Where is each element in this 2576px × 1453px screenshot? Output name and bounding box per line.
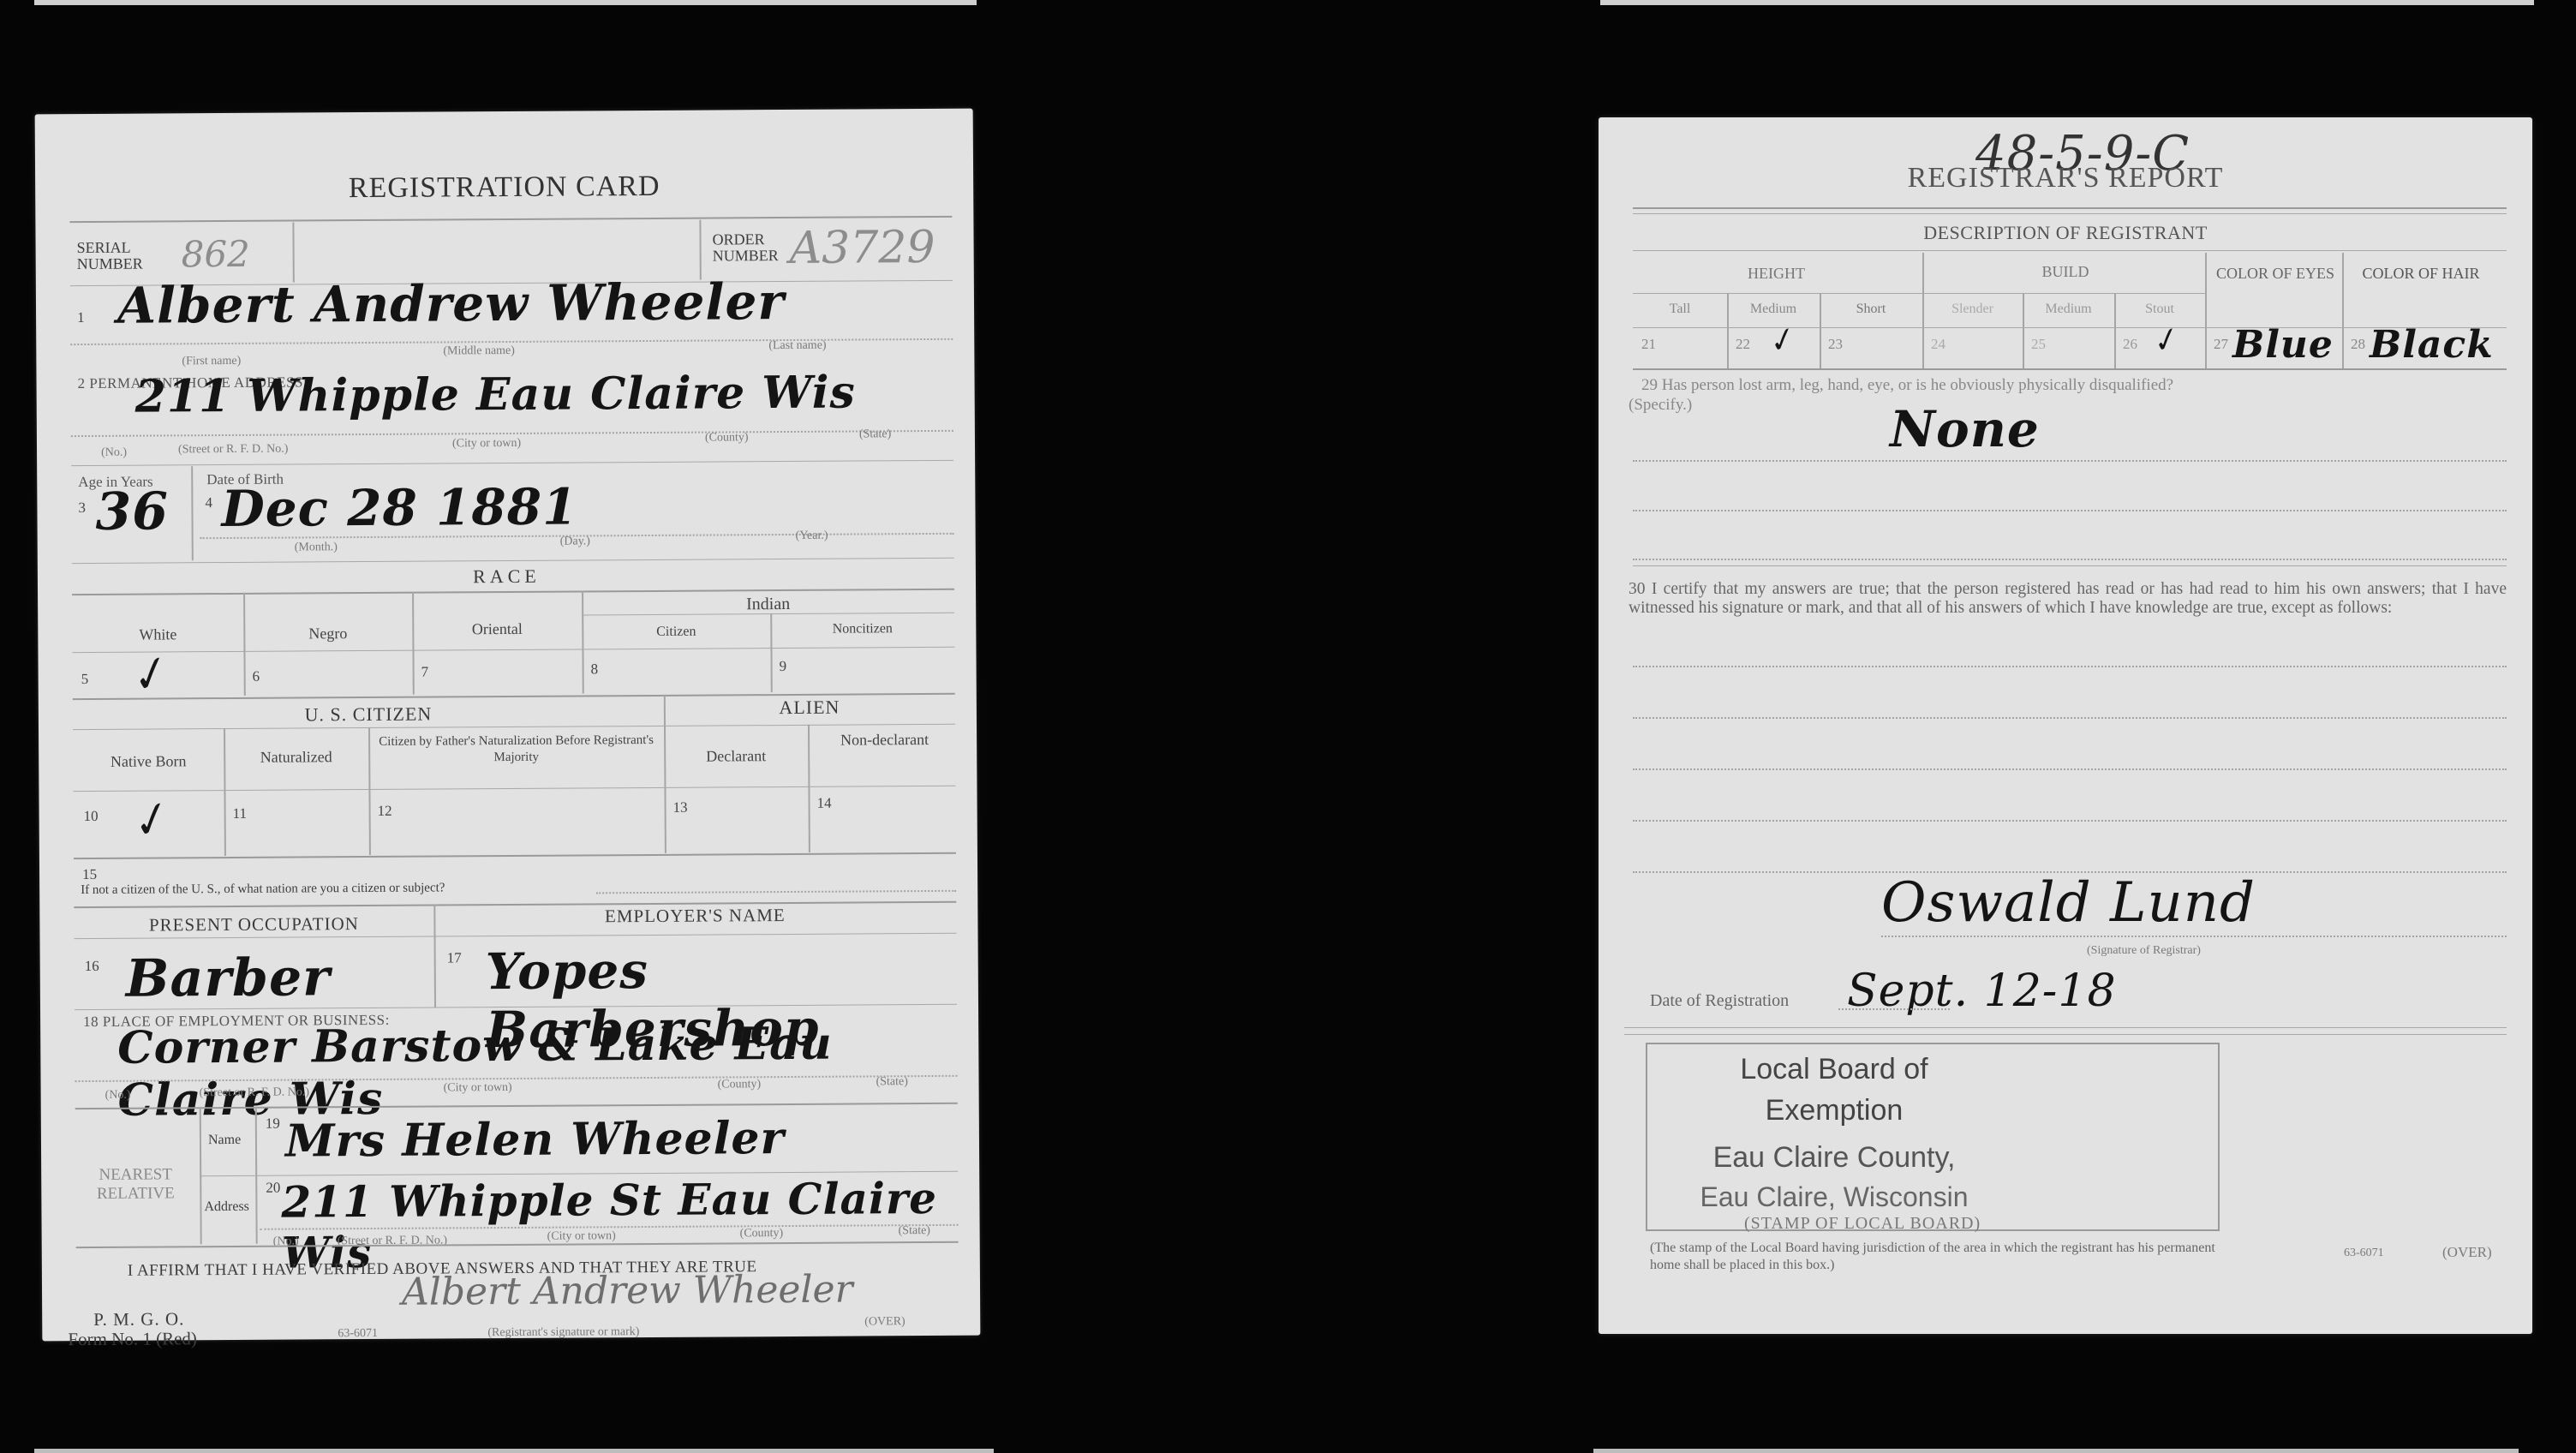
registrar-signature: Oswald Lund	[1881, 871, 2256, 935]
field-number: 7	[421, 664, 429, 681]
employment-place-value: Corner Barstow & Lake Eau Claire Wis	[117, 1017, 979, 1127]
us-citizen-header: U. S. CITIZEN	[73, 702, 664, 727]
build-header: BUILD	[1928, 263, 2202, 281]
field-number: 27	[2214, 336, 2228, 353]
citizen-col-by-father: Citizen by Father's Naturalization Befor…	[377, 732, 655, 767]
caption: (County)	[740, 1227, 784, 1241]
dob-value: Dec 28 1881	[221, 477, 577, 538]
caption: (County)	[718, 1078, 762, 1091]
stamp-line: Local Board of	[1646, 1053, 2023, 1086]
caption: (City or town)	[444, 1081, 512, 1095]
citizen-col-naturalized: Naturalized	[224, 748, 368, 767]
description-header: DESCRIPTION OF REGISTRANT	[1599, 222, 2532, 244]
adjacent-frame-edge-left	[34, 0, 977, 5]
field-number: 23	[1828, 336, 1843, 353]
adjacent-frame-edge-bottom-left	[34, 1449, 994, 1453]
field-number: 6	[253, 668, 260, 685]
caption-day: (Day.)	[560, 535, 590, 548]
field-number: 9	[780, 658, 787, 675]
height-header: HEIGHT	[1633, 265, 1920, 283]
build-col-medium: Medium	[2023, 302, 2114, 317]
form-code: 63-6071	[2344, 1247, 2384, 1260]
specify-label: (Specify.)	[1629, 396, 1692, 415]
adjacent-frame-edge-bottom-right	[1593, 1449, 2519, 1453]
registrant-signature: Albert Andrew Wheeler	[402, 1268, 853, 1314]
field-number: 25	[2031, 336, 2046, 353]
caption: (City or town)	[547, 1229, 616, 1243]
relative-name-value: Mrs Helen Wheeler	[285, 1112, 785, 1168]
caption: (County)	[705, 431, 749, 445]
field-number: 10	[84, 808, 99, 825]
eyes-header: COLOR OF EYES	[2207, 265, 2344, 282]
race-col-indian-noncitizen: Noncitizen	[770, 621, 954, 637]
serial-number-value: 862	[181, 233, 249, 275]
order-number-label: ORDER NUMBER	[712, 231, 789, 265]
field-number: 8	[591, 661, 599, 678]
field-number: 20	[266, 1180, 280, 1197]
caption-first-name: (First name)	[182, 355, 241, 368]
employer-header: EMPLOYER'S NAME	[433, 904, 956, 929]
build-col-slender: Slender	[1922, 302, 2023, 317]
field-number: 12	[378, 803, 392, 820]
race-col-white: White	[72, 625, 243, 644]
stamp-caption: (STAMP OF LOCAL BOARD)	[1744, 1214, 1981, 1234]
disqualification-question: 29 Has person lost arm, leg, hand, eye, …	[1641, 376, 2173, 395]
registrant-name: Albert Andrew Wheeler	[117, 272, 785, 335]
stamp-line: Eau Claire County,	[1646, 1141, 2023, 1175]
stamp-line: Exemption	[1646, 1094, 2023, 1127]
field-number: 11	[233, 805, 247, 822]
alien-header: ALIEN	[664, 696, 955, 720]
caption: (Street or R. F. D. No.)	[178, 443, 288, 457]
height-medium-checkmark: ✓	[1767, 319, 1798, 362]
form-code: 63-6071	[338, 1327, 378, 1341]
caption-year: (Year.)	[796, 529, 828, 543]
caption: (City or town)	[452, 437, 521, 451]
stamp-line: Eau Claire, Wisconsin	[1646, 1181, 2023, 1213]
caption: (State)	[899, 1224, 930, 1238]
field-number: 24	[1931, 336, 1945, 353]
height-col-short: Short	[1820, 302, 1922, 317]
report-title: REGISTRAR'S REPORT	[1599, 162, 2532, 194]
nearest-relative-label: NEAREST RELATIVE	[75, 1165, 195, 1204]
race-col-indian: Indian	[582, 594, 954, 616]
build-col-stout: Stout	[2114, 302, 2205, 317]
caption: (No.)	[101, 446, 127, 460]
occupation-value: Barber	[126, 948, 331, 1008]
registration-date-label: Date of Registration	[1650, 991, 1789, 1011]
field-number: 4	[205, 494, 212, 511]
field-number: 26	[2123, 336, 2137, 353]
registrars-report-card: 48-5-9-C REGISTRAR'S REPORT DESCRIPTION …	[1599, 117, 2532, 1334]
registrar-certification-text: 30 I certify that my answers are true; t…	[1629, 580, 2507, 618]
field-number: 17	[447, 949, 462, 966]
form-org: P. M. G. O.	[93, 1308, 184, 1330]
field-number: 15	[82, 866, 97, 883]
alien-col-non-declarant: Non-declarant	[814, 731, 955, 750]
field-number: 19	[266, 1115, 280, 1133]
nationality-question: If not a citizen of the U. S., of what n…	[81, 881, 445, 898]
relative-address-label: Address	[204, 1199, 249, 1215]
caption: (No.)	[105, 1089, 131, 1103]
hair-header: COLOR OF HAIR	[2344, 265, 2498, 282]
field-number: 5	[81, 671, 89, 688]
caption-middle-name: (Middle name)	[443, 344, 515, 359]
alien-col-declarant: Declarant	[664, 747, 808, 766]
registrar-signature-caption: (Signature of Registrar)	[2087, 944, 2201, 958]
field-number: 21	[1641, 336, 1656, 353]
citizen-col-native-born: Native Born	[73, 752, 224, 771]
hair-value: Black	[2370, 323, 2494, 367]
field-number: 13	[673, 799, 688, 816]
eyes-value: Blue	[2232, 323, 2334, 367]
field-number: 28	[2351, 336, 2365, 353]
field-number: 16	[85, 958, 99, 975]
caption: (State)	[876, 1075, 908, 1089]
caption-last-name: (Last name)	[768, 339, 826, 353]
over-label: (OVER)	[864, 1315, 905, 1329]
disqualification-value: None	[1890, 400, 2040, 458]
height-col-tall: Tall	[1633, 302, 1727, 317]
race-col-negro: Negro	[243, 625, 412, 643]
stamp-note: (The stamp of the Local Board having jur…	[1650, 1240, 2241, 1274]
field-number: 22	[1736, 336, 1750, 353]
native-born-checkmark: ✓	[130, 788, 175, 852]
caption-month: (Month.)	[295, 541, 338, 554]
card-title: REGISTRATION CARD	[35, 169, 973, 207]
relative-name-label: Name	[208, 1133, 241, 1148]
race-col-oriental: Oriental	[412, 619, 582, 638]
adjacent-frame-edge-right	[1600, 0, 2534, 5]
field-number: 3	[78, 499, 86, 517]
signature-caption: (Registrant's signature or mark)	[487, 1325, 639, 1340]
occupation-header: PRESENT OCCUPATION	[74, 913, 433, 937]
caption: (Street or R. F. D. No.)	[200, 1085, 309, 1100]
race-header: RACE	[38, 563, 976, 591]
home-address-value: 211 Whipple Eau Claire Wis	[134, 367, 856, 423]
over-label: (OVER)	[2442, 1244, 2492, 1261]
field-number: 14	[817, 795, 832, 812]
order-number-value: A3729	[789, 222, 935, 274]
serial-number-label: SERIAL NUMBER	[77, 240, 154, 273]
registration-card: REGISTRATION CARD SERIAL NUMBER 862 ORDE…	[35, 109, 981, 1342]
height-col-medium: Medium	[1727, 302, 1820, 317]
field-number: 1	[77, 309, 85, 326]
race-col-indian-citizen: Citizen	[582, 624, 770, 640]
build-stout-checkmark: ✓	[2151, 319, 2182, 362]
age-value: 36	[95, 481, 169, 542]
form-number: Form No. 1 (Red)	[68, 1328, 197, 1350]
caption: (State)	[859, 428, 891, 441]
